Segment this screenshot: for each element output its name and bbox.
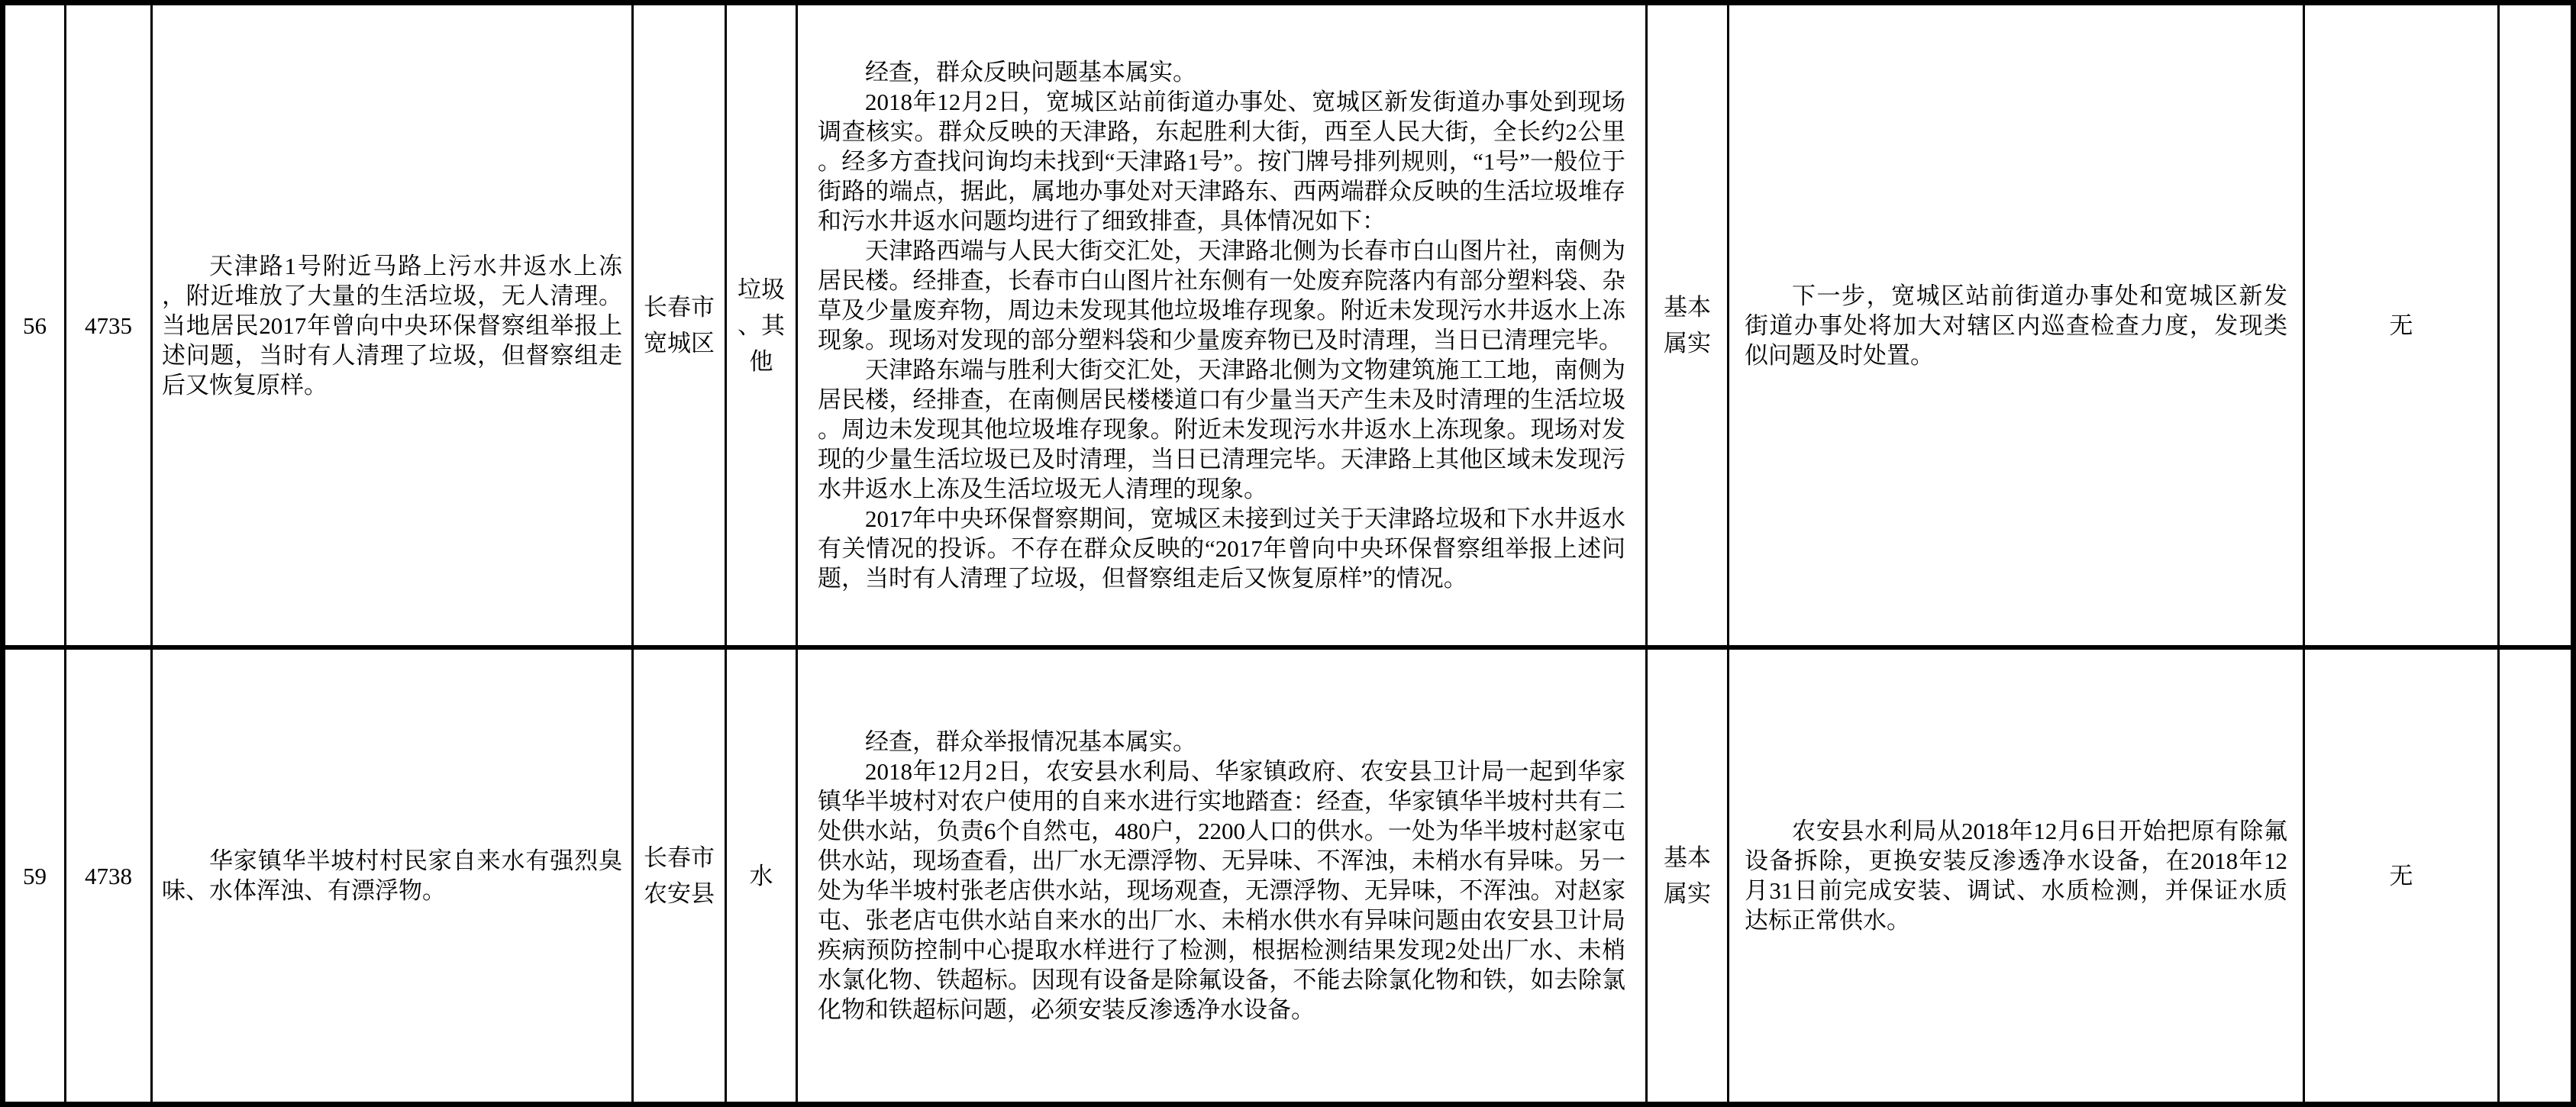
case-number: 4738 [85,861,132,891]
investigation-text-block: 经查，群众举报情况基本属实。 2018年12月2日，农安县水利局、华家镇政府、农… [798,727,1645,1025]
complaint-handling-table: 56 4735 天津路1号附近马路上污水井返水上冻，附近堆放了大量的生活垃圾，无… [0,0,2576,1107]
region-cell: 长春市农安县 [634,650,727,1102]
case-number-cell: 4738 [66,650,153,1102]
accountability-text: 无 [2390,311,2413,340]
region-cell: 长春市宽城区 [634,5,727,645]
handling-measures-text: 农安县水利局从2018年12月6日开始把原有除氟设备拆除，更换安装反渗透净水设备… [1745,816,2287,935]
investigation-cell: 经查，群众反映问题基本属实。 2018年12月2日，宽城区站前街道办事处、宽城区… [798,5,1648,645]
complaint-text: 天津路1号附近马路上污水井返水上冻，附近堆放了大量的生活垃圾，无人清理。当地居民… [162,251,622,400]
remark-cell [2500,650,2571,1102]
investigation-text-block: 经查，群众反映问题基本属实。 2018年12月2日，宽城区站前街道办事处、宽城区… [798,57,1645,593]
accountability-cell: 无 [2305,5,2500,645]
category-cell: 水 [727,650,798,1102]
investigation-paragraph: 2018年12月2日，宽城区站前街道办事处、宽城区新发街道办事处到现场调查核实。… [818,87,1625,236]
case-number-cell: 4735 [66,5,153,645]
investigation-paragraph: 2017年中央环保督察期间，宽城区未接到过关于天津路垃圾和下水井返水有关情况的投… [818,504,1625,593]
handling-measures-cell: 下一步，宽城区站前街道办事处和宽城区新发街道办事处将加大对辖区内巡查检查力度，发… [1729,5,2305,645]
complaint-text: 华家镇华半坡村村民家自来水有强烈臭味、水体浑浊、有漂浮物。 [162,846,622,905]
complaint-cell: 华家镇华半坡村村民家自来水有强烈臭味、水体浑浊、有漂浮物。 [153,650,634,1102]
serial-number: 59 [23,861,47,891]
investigation-paragraph: 天津路西端与人民大街交汇处，天津路北侧为长春市白山图片社，南侧为居民楼。经排查，… [818,236,1625,355]
accountability-cell: 无 [2305,650,2500,1102]
category-text: 水 [727,858,796,894]
complaint-text-block: 华家镇华半坡村村民家自来水有强烈臭味、水体浑浊、有漂浮物。 [153,846,631,905]
handling-measures-cell: 农安县水利局从2018年12月6日开始把原有除氟设备拆除，更换安装反渗透净水设备… [1729,650,2305,1102]
table-row: 59 4738 华家镇华半坡村村民家自来水有强烈臭味、水体浑浊、有漂浮物。 长春… [5,645,2571,1102]
verification-result-cell: 基本属实 [1648,650,1729,1102]
investigation-paragraph: 经查，群众反映问题基本属实。 [818,57,1625,87]
serial-number-cell: 59 [5,650,66,1102]
verification-result-cell: 基本属实 [1648,5,1729,645]
investigation-paragraph: 经查，群众举报情况基本属实。 [818,727,1625,757]
handling-measures-text: 下一步，宽城区站前街道办事处和宽城区新发街道办事处将加大对辖区内巡查检查力度，发… [1745,281,2287,370]
investigation-paragraph: 2018年12月2日，农安县水利局、华家镇政府、农安县卫计局一起到华家镇华半坡村… [818,757,1625,1025]
category-text: 垃圾、其他 [727,272,796,379]
complaint-cell: 天津路1号附近马路上污水井返水上冻，附近堆放了大量的生活垃圾，无人清理。当地居民… [153,5,634,645]
handling-measures-text-block: 下一步，宽城区站前街道办事处和宽城区新发街道办事处将加大对辖区内巡查检查力度，发… [1729,281,2303,370]
verification-result: 基本属实 [1648,840,1727,912]
region-text: 长春市农安县 [634,840,725,912]
region-text: 长春市宽城区 [634,289,725,361]
remark-cell [2500,5,2571,645]
investigation-paragraph: 天津路东端与胜利大街交汇处，天津路北侧为文物建筑施工工地，南侧为居民楼，经排查，… [818,355,1625,504]
category-cell: 垃圾、其他 [727,5,798,645]
complaint-text-block: 天津路1号附近马路上污水井返水上冻，附近堆放了大量的生活垃圾，无人清理。当地居民… [153,251,631,400]
table-row: 56 4735 天津路1号附近马路上污水井返水上冻，附近堆放了大量的生活垃圾，无… [5,5,2571,645]
investigation-cell: 经查，群众举报情况基本属实。 2018年12月2日，农安县水利局、华家镇政府、农… [798,650,1648,1102]
serial-number-cell: 56 [5,5,66,645]
handling-measures-text-block: 农安县水利局从2018年12月6日开始把原有除氟设备拆除，更换安装反渗透净水设备… [1729,816,2303,935]
serial-number: 56 [23,311,47,340]
case-number: 4735 [85,311,132,340]
accountability-text: 无 [2390,861,2413,891]
verification-result: 基本属实 [1648,289,1727,361]
